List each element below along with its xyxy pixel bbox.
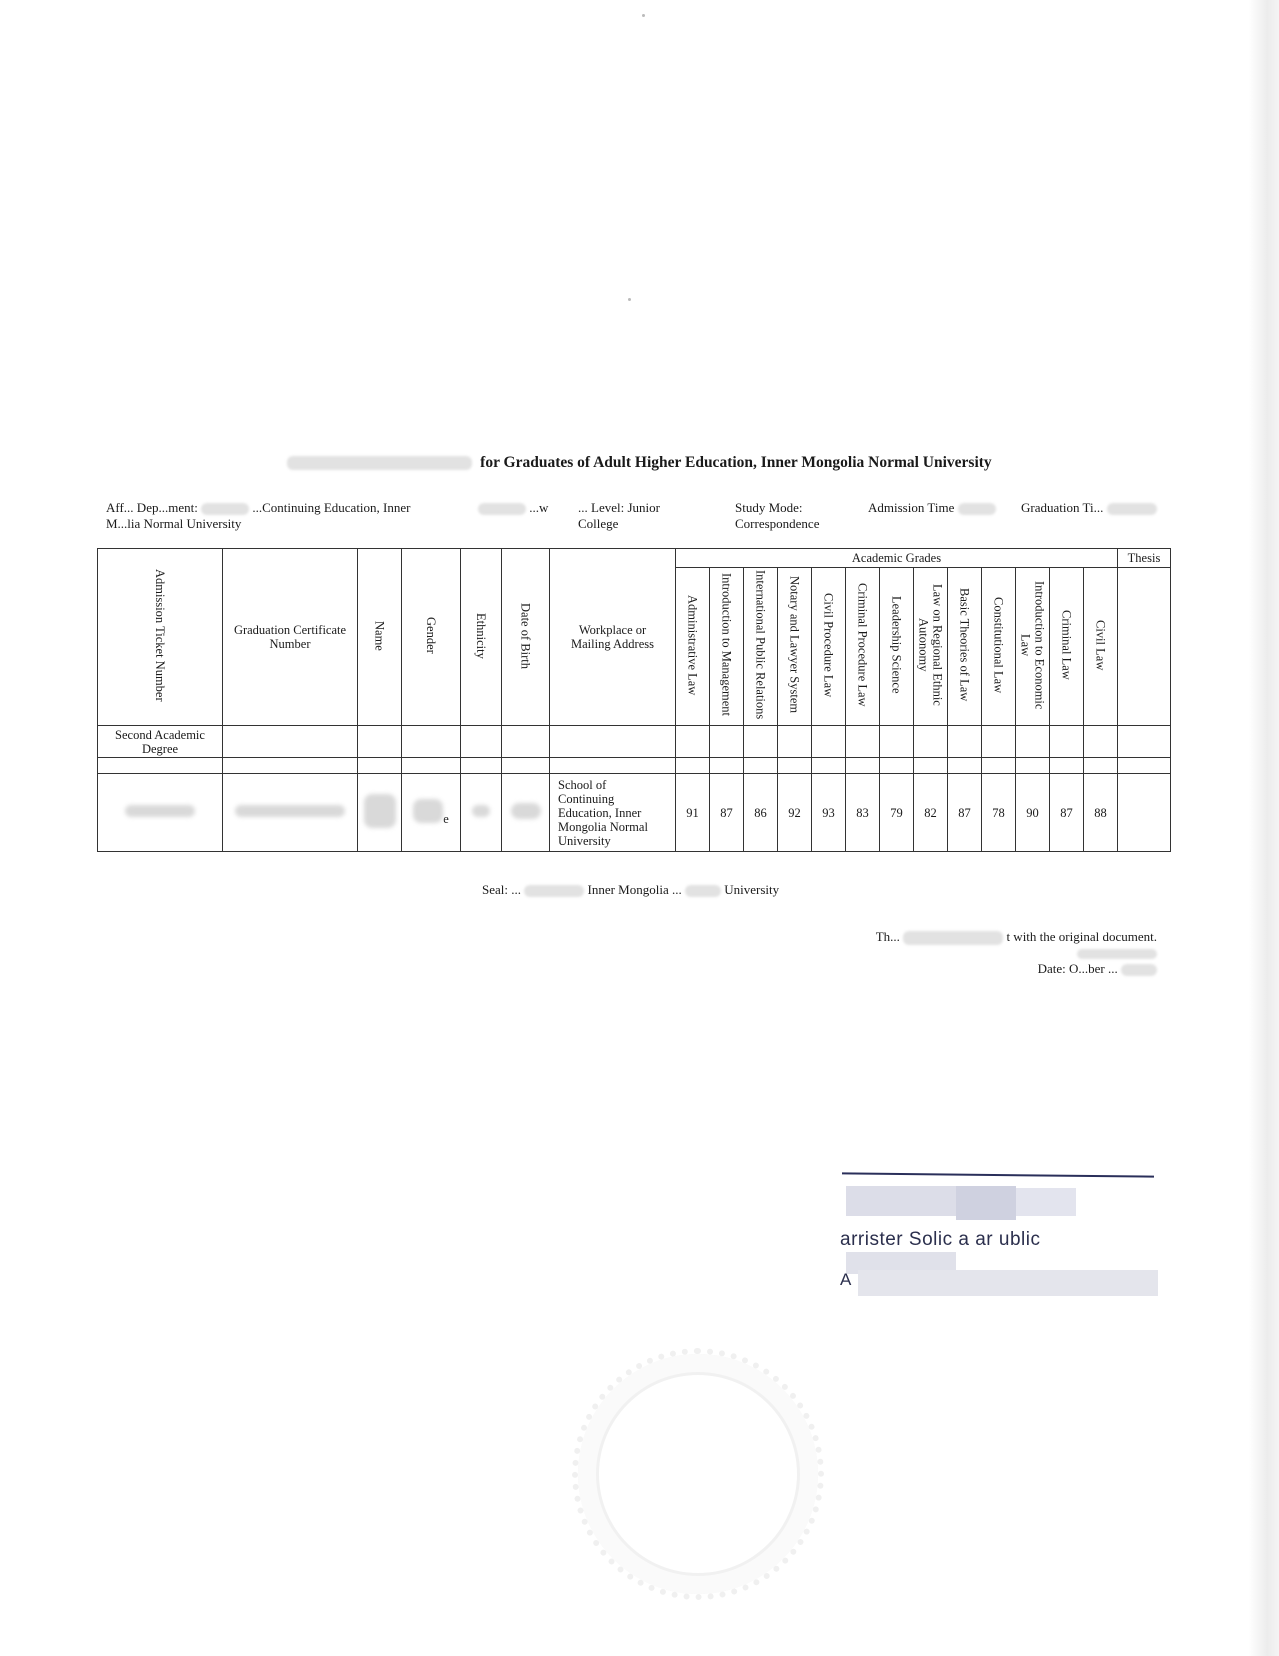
grade-cell: 90 [1016, 774, 1050, 852]
redaction [1121, 964, 1157, 976]
empty-cell [461, 758, 502, 774]
empty-cell [982, 758, 1016, 774]
redaction [1077, 949, 1157, 959]
pixelated-redaction [956, 1186, 1016, 1220]
gender-fragment: e [443, 812, 449, 826]
empty-cell [676, 758, 710, 774]
grade-cell: 87 [948, 774, 982, 852]
empty-cell [914, 758, 948, 774]
empty-cell [358, 758, 402, 774]
empty-cell [402, 758, 461, 774]
header-workplace: Workplace or Mailing Address [550, 549, 676, 726]
cell-graduation-certificate [223, 774, 358, 852]
empty-cell [676, 726, 710, 758]
pixelated-redaction [858, 1270, 1158, 1296]
subject-header: Introduction to Economic Law [1016, 568, 1050, 726]
notary-line-2: A [840, 1270, 851, 1290]
subject-name: Criminal Law [1060, 610, 1074, 680]
empty-cell [744, 726, 778, 758]
cell-gender: e [402, 774, 461, 852]
statement-start: Th... [876, 929, 900, 944]
grade-cell: 88 [1084, 774, 1118, 852]
thesis-subheader [1118, 568, 1171, 726]
grade-cell: 86 [744, 774, 778, 852]
seal-suffix: University [724, 882, 779, 897]
title-text: for Graduates of Adult Higher Education,… [480, 454, 992, 471]
cell-date-of-birth [502, 774, 550, 852]
header-text: Ethnicity [474, 613, 488, 659]
header-gender: Gender [402, 549, 461, 726]
header-admission-ticket: Admission Ticket Number [98, 549, 223, 726]
header-date-of-birth: Date of Birth [502, 549, 550, 726]
header-text: Thesis [1128, 551, 1161, 565]
grade-cell: 78 [982, 774, 1016, 852]
subject-name: Leadership Science [890, 596, 904, 694]
redaction [903, 931, 1003, 945]
empty-cell [502, 726, 550, 758]
subject-name: Basic Theories of Law [958, 588, 972, 701]
workplace-text: School of Continuing Education, Inner Mo… [558, 778, 663, 848]
subject-header: Criminal Procedure Law [846, 568, 880, 726]
pixelated-redaction [1016, 1188, 1076, 1216]
empty-cell [502, 758, 550, 774]
admission-time-label: Admission Time [868, 500, 954, 515]
page-edge-shadow [1249, 0, 1279, 1656]
grade-cell: 87 [1050, 774, 1084, 852]
scan-speck [628, 298, 631, 301]
date-label: Date: O...ber ... [1038, 961, 1118, 976]
subject-header: Introduction to Management [710, 568, 744, 726]
cell-workplace: School of Continuing Education, Inner Mo… [550, 774, 676, 852]
empty-cell [402, 726, 461, 758]
subject-name: Civil Procedure Law [822, 593, 836, 697]
header-academic-grades: Academic Grades [676, 549, 1118, 568]
empty-cell [710, 726, 744, 758]
empty-cell [710, 758, 744, 774]
header-text: Date of Birth [519, 603, 533, 669]
subject-name: Criminal Procedure Law [856, 583, 870, 707]
empty-cell [223, 758, 358, 774]
subject-header: International Public Relations [744, 568, 778, 726]
header-text: Admission Ticket Number [153, 561, 167, 711]
certification-statement: Th... t with the original document. Date… [876, 929, 1157, 977]
notary-title-text: arrister Solic a ar ublic [840, 1229, 1040, 1250]
document-title: for Graduates of Adult Higher Education,… [0, 454, 1279, 472]
level-value: College [578, 516, 618, 531]
subject-name: Civil Law [1094, 620, 1108, 670]
subject-header: Leadership Science [880, 568, 914, 726]
level: ... Level: Junior College [578, 500, 660, 532]
grade-cell: 83 [846, 774, 880, 852]
study-mode: Study Mode: Correspondence [735, 500, 819, 532]
empty-cell [982, 726, 1016, 758]
subject-header: Criminal Law [1050, 568, 1084, 726]
subject-name: Administrative Law [686, 595, 700, 695]
signature-line [842, 1172, 1154, 1177]
empty-cell [1084, 726, 1118, 758]
notary-title: arrister Solic a ar ublic [840, 1229, 1040, 1251]
header-text: Name [373, 621, 387, 651]
subject-name: Introduction to Management [720, 573, 734, 716]
grade-cell: 92 [778, 774, 812, 852]
header-thesis: Thesis [1118, 549, 1171, 568]
empty-cell [744, 758, 778, 774]
header-text: Graduation Certificate Number [234, 623, 346, 651]
study-mode-value: Correspondence [735, 516, 819, 531]
student-row: e School of Continuing Education, Inner … [98, 774, 1171, 852]
redaction [685, 885, 721, 897]
header-name: Name [358, 549, 402, 726]
subject-name: International Public Relations [754, 570, 768, 719]
grade-cell: 79 [880, 774, 914, 852]
redaction [1107, 503, 1157, 515]
subject-name: Notary and Lawyer System [788, 576, 802, 713]
empty-cell [98, 758, 223, 774]
empty-cell [1084, 758, 1118, 774]
program-label: ...w [529, 500, 548, 515]
redaction [201, 503, 249, 515]
grade-cell: 87 [710, 774, 744, 852]
empty-cell [358, 726, 402, 758]
empty-cell [846, 726, 880, 758]
empty-cell [846, 758, 880, 774]
statement-end: t with the original document. [1006, 929, 1157, 944]
subject-header: Civil Procedure Law [812, 568, 846, 726]
header-text: Academic Grades [852, 551, 941, 565]
program: ...w [478, 500, 548, 516]
seal-middle: Inner Mongolia ... [588, 882, 682, 897]
second-degree-label: Second Academic Degree [98, 726, 223, 758]
affiliated-department-value-2: M...lia Normal University [106, 516, 241, 531]
pixelated-redaction [846, 1186, 956, 1216]
empty-cell [1016, 758, 1050, 774]
empty-cell [948, 758, 982, 774]
notary-line2-text: A [840, 1270, 851, 1289]
empty-cell [550, 726, 676, 758]
header-graduation-certificate: Graduation Certificate Number [223, 549, 358, 726]
subject-header: Civil Law [1084, 568, 1118, 726]
redaction [524, 885, 584, 897]
header-ethnicity: Ethnicity [461, 549, 502, 726]
cell-ethnicity [461, 774, 502, 852]
seal-line: Seal: ... Inner Mongolia ... University [482, 882, 779, 898]
subject-header: Administrative Law [676, 568, 710, 726]
thesis-cell [1118, 774, 1171, 852]
header-text: Workplace or Mailing Address [563, 623, 663, 651]
cell-name [358, 774, 402, 852]
graduation-time-label: Graduation Ti... [1021, 500, 1103, 515]
empty-cell [1118, 726, 1171, 758]
empty-cell [550, 758, 676, 774]
empty-cell [880, 758, 914, 774]
empty-cell [812, 726, 846, 758]
empty-cell [461, 726, 502, 758]
seal-prefix: Seal: ... [482, 882, 521, 897]
empty-cell [778, 726, 812, 758]
cell-admission-ticket [98, 774, 223, 852]
grade-cell: 91 [676, 774, 710, 852]
grade-cell: 93 [812, 774, 846, 852]
embossed-notary-seal [572, 1348, 824, 1600]
grades-table: Admission Ticket Number Graduation Certi… [97, 548, 1171, 852]
subject-name: Introduction to Economic Law [1019, 570, 1047, 720]
empty-cell [1118, 758, 1171, 774]
empty-cell [948, 726, 982, 758]
empty-cell [1050, 726, 1084, 758]
empty-cell [1016, 726, 1050, 758]
subject-header: Constitutional Law [982, 568, 1016, 726]
scan-speck [642, 14, 645, 17]
empty-cell [914, 726, 948, 758]
subject-header: Law on Regional Ethnic Autonomy [914, 568, 948, 726]
empty-cell [812, 758, 846, 774]
affiliated-department-label: Aff... Dep...ment: [106, 500, 198, 515]
empty-cell [880, 726, 914, 758]
study-mode-label: Study Mode: [735, 500, 803, 515]
empty-cell [1050, 758, 1084, 774]
graduation-time: Graduation Ti... [1021, 500, 1157, 516]
subject-name: Constitutional Law [992, 597, 1006, 693]
subject-name: Law on Regional Ethnic Autonomy [917, 570, 945, 720]
affiliated-department: Aff... Dep...ment: ...Continuing Educati… [106, 500, 410, 532]
redaction [958, 503, 996, 515]
level-label: ... Level: Junior [578, 500, 660, 515]
empty-cell [223, 726, 358, 758]
grade-cell: 82 [914, 774, 948, 852]
subject-header: Basic Theories of Law [948, 568, 982, 726]
header-text: Gender [424, 617, 438, 654]
second-degree-text: Second Academic Degree [105, 728, 215, 756]
admission-time: Admission Time [868, 500, 996, 516]
subject-header: Notary and Lawyer System [778, 568, 812, 726]
affiliated-department-value: ...Continuing Education, Inner [252, 500, 410, 515]
empty-cell [778, 758, 812, 774]
redacted-title-start [287, 456, 472, 470]
redaction [478, 503, 526, 515]
